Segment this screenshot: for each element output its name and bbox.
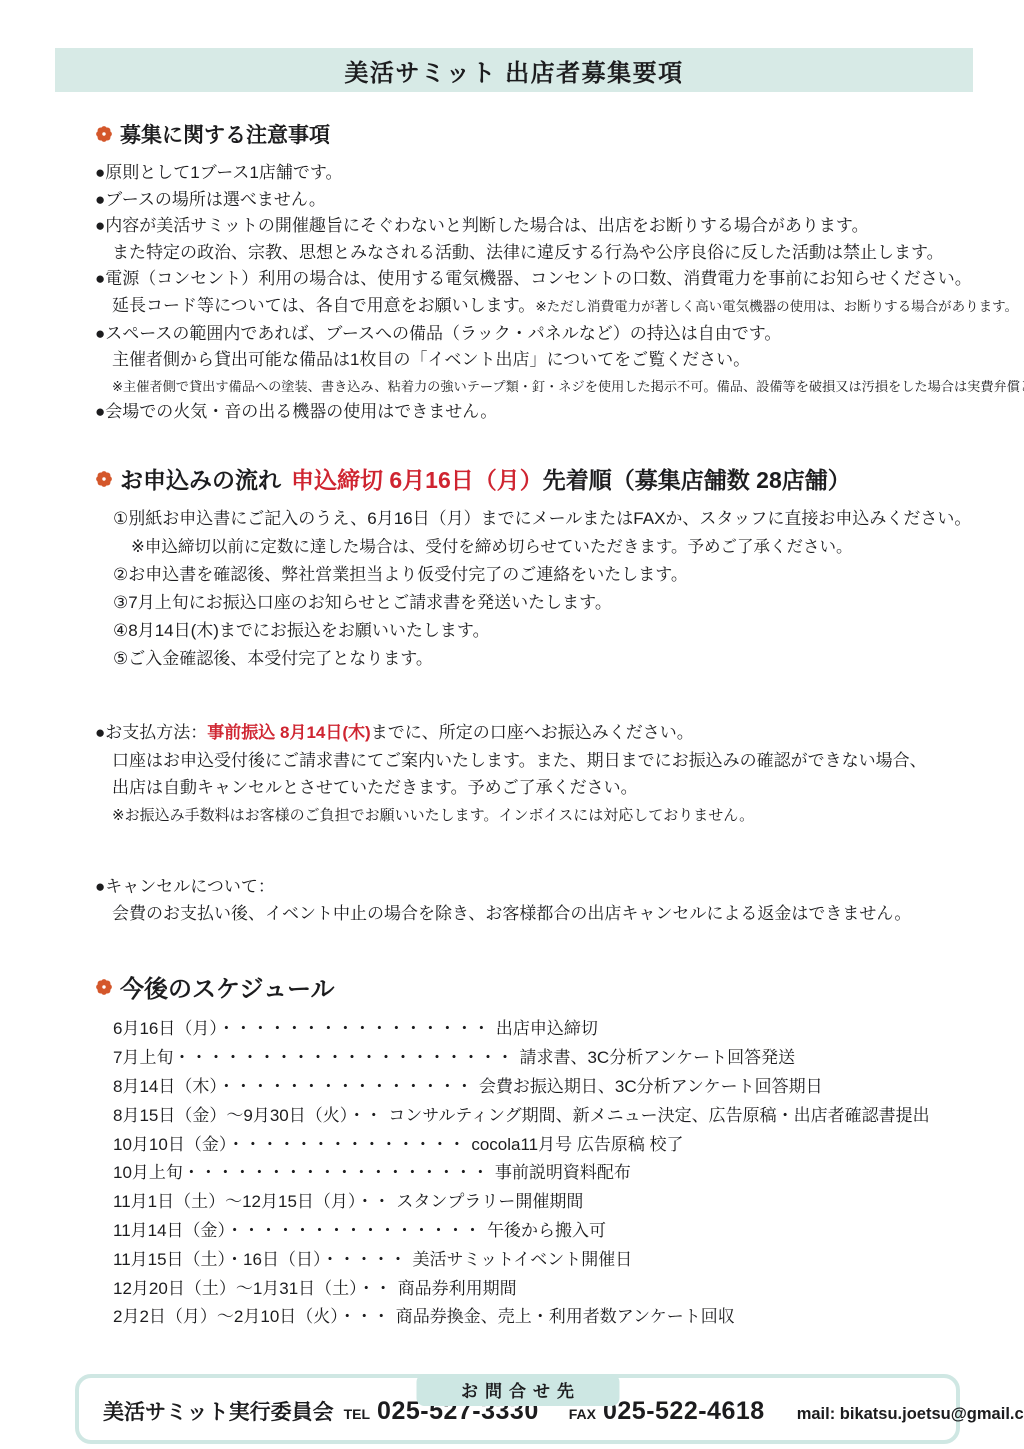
note-line: ●スペースの範囲内であれば、ブースへの備品（ラック・パネルなど）の持込は自由です… [95, 321, 984, 348]
contact-section: お問合せ先 美活サミット実行委員会 TEL 025-527-3330 FAX 0… [75, 1374, 960, 1444]
dot-leader: ・・・・・ [321, 1250, 406, 1269]
flower-icon [95, 125, 113, 143]
note-line: ●ブースの場所は選べません。 [95, 187, 984, 214]
step-line: ⑤ご入金確認後、本受付完了となります。 [113, 645, 984, 673]
schedule-row: 2月2日（月）～2月10日（火）・・・商品券換金、売上・利用者数アンケート回収 [113, 1303, 984, 1332]
schedule-date: 10月上旬 [113, 1163, 183, 1182]
schedule-date: 8月14日（木） [113, 1077, 218, 1096]
schedule-title: 今後のスケジュール [120, 969, 335, 1004]
schedule-row: 11月1日（土）～12月15日（月）・・スタンプラリー開催期間 [113, 1188, 984, 1217]
step-note: ※申込締切以前に定数に達した場合は、受付を締め切らせていただきます。予めご了承く… [113, 533, 984, 561]
schedule-desc: 出店申込締切 [496, 1019, 598, 1038]
schedule-row: 7月上旬・・・・・・・・・・・・・・・・・・・・請求書、3C分析アンケート回答発… [113, 1044, 984, 1073]
note-line-cont: 延長コード等については、各自で用意をお願いします。※ただし消費電力が著しく高い電… [95, 293, 984, 321]
fax-number: 025-522-4618 [603, 1397, 765, 1426]
dot-leader: ・・・・・・・・・・・・・・・ [218, 1077, 473, 1096]
step-line: ④8月14日(木)までにお振込をお願いいたします。 [113, 617, 984, 645]
schedule-desc: 午後から搬入可 [487, 1221, 606, 1240]
schedule-row: 8月15日（金）～9月30日（火）・・コンサルティング期間、新メニュー決定、広告… [113, 1102, 984, 1131]
apply-title: お申込みの流れ [120, 467, 281, 493]
note-line: ●原則として1ブース1店舗です。 [95, 160, 984, 187]
tel-label: TEL [344, 1406, 370, 1422]
schedule-desc: 商品券換金、売上・利用者数アンケート回収 [396, 1307, 735, 1326]
schedule-date: 7月上旬 [113, 1048, 173, 1067]
schedule-desc: 事前説明資料配布 [495, 1163, 631, 1182]
payment-tail: までに、所定の口座へお振込みください。 [371, 723, 694, 742]
schedule-row: 8月14日（木）・・・・・・・・・・・・・・・会費お振込期日、3C分析アンケート… [113, 1073, 984, 1102]
document-body: 募集に関する注意事項 ●原則として1ブース1店舗です。 ●ブースの場所は選べませ… [0, 119, 1024, 1332]
flower-icon [95, 978, 113, 996]
apply-steps: ①別紙お申込書にご記入のうえ、6月16日（月）までにメールまたはFAXか、スタッ… [113, 505, 984, 673]
schedule-row: 10月10日（金）・・・・・・・・・・・・・・cocola11月号 広告原稿 校… [113, 1131, 984, 1160]
notes-list: ●原則として1ブース1店舗です。 ●ブースの場所は選べません。 ●内容が美活サミ… [95, 160, 984, 425]
payment-line: ●お支払方法：事前振込 8月14日(木)までに、所定の口座へお振込みください。 [95, 719, 984, 746]
schedule-desc: 美活サミットイベント開催日 [412, 1250, 632, 1269]
step-line: ③7月上旬にお振込口座のお知らせとご請求書を発送いたします。 [113, 589, 984, 617]
section-title: 募集に関する注意事項 [120, 119, 330, 149]
header-band: 美活サミット 出店者募集要項 [55, 48, 973, 92]
apply-deadline: 申込締切 6月16日（月） [291, 467, 543, 493]
payment-label: ●お支払方法： [95, 723, 207, 742]
schedule-desc: コンサルティング期間、新メニュー決定、広告原稿・出店者確認書提出 [388, 1106, 929, 1125]
schedule-desc: 商品券利用期間 [398, 1279, 517, 1298]
section-heading-notes: 募集に関する注意事項 [95, 119, 984, 149]
dot-leader: ・・・・・・・・・・・・・・・・ [218, 1019, 490, 1038]
schedule-date: 2月2日（月）～2月10日（火） [113, 1307, 339, 1326]
payment-block: ●お支払方法：事前振込 8月14日(木)までに、所定の口座へお振込みください。 … [95, 719, 984, 828]
note-line: ●会場での火気・音の出る機器の使用はできません。 [95, 399, 984, 426]
note-line-cont: また特定の政治、宗教、思想とみなされる活動、法律に違反する行為や公序良俗に反した… [95, 240, 984, 267]
schedule-date: 11月15日（土）・16日（日） [113, 1250, 321, 1269]
dot-leader: ・・・ [339, 1307, 390, 1326]
section-heading-apply: お申込みの流れ申込締切 6月16日（月）先着順（募集店舗数 28店舗） [95, 462, 984, 495]
page-title: 美活サミット 出店者募集要項 [344, 53, 683, 88]
payment-line: 口座はお申込受付後にご請求書にてご案内いたします。また、期日までにお振込みの確認… [95, 747, 984, 774]
email-address: mail: bikatsu.joetsu@gmail.com [797, 1405, 1024, 1424]
schedule-row: 11月15日（土）・16日（日）・・・・・美活サミットイベント開催日 [113, 1246, 984, 1275]
schedule-date: 11月14日（金） [113, 1221, 226, 1240]
note-line-cont: 主催者側から貸出可能な備品は1枚目の「イベント出店」についてをご覧ください。 [95, 347, 984, 374]
dot-leader: ・・・・・・・・・・・・・・・・・・ [183, 1163, 489, 1182]
payment-line: 出店は自動キャンセルとさせていただきます。予めご了承ください。 [95, 774, 984, 801]
cancel-line: ●キャンセルについて： [95, 873, 984, 900]
dot-leader: ・・ [358, 1279, 392, 1298]
schedule-date: 11月1日（土）～12月15日（月） [113, 1192, 356, 1211]
dot-leader: ・・・・・・・・・・・・・・ [227, 1135, 465, 1154]
organization-name: 美活サミット実行委員会 [103, 1396, 334, 1426]
schedule-date: 12月20日（土）～1月31日（土） [113, 1279, 358, 1298]
schedule-date: 10月10日（金） [113, 1135, 227, 1154]
schedule-row: 11月14日（金）・・・・・・・・・・・・・・・午後から搬入可 [113, 1217, 984, 1246]
dot-leader: ・・・・・・・・・・・・・・・ [226, 1221, 481, 1240]
schedule-desc: 会費お振込期日、3C分析アンケート回答期日 [479, 1077, 823, 1096]
contact-badge: お問合せ先 [416, 1374, 619, 1406]
cancel-block: ●キャンセルについて： 会費のお支払い後、イベント中止の場合を除き、お客様都合の… [95, 873, 984, 928]
payment-note: ※お振込み手数料はお客様のご負担でお願いいたします。インボイスには対応しておりま… [95, 802, 984, 829]
note-text: 延長コード等については、各自で用意をお願いします。 [112, 296, 535, 315]
schedule-row: 6月16日（月）・・・・・・・・・・・・・・・・出店申込締切 [113, 1015, 984, 1044]
section-title-group: お申込みの流れ申込締切 6月16日（月）先着順（募集店舗数 28店舗） [120, 462, 851, 495]
dot-leader: ・・ [348, 1106, 382, 1125]
schedule-desc: 請求書、3C分析アンケート回答発送 [519, 1048, 795, 1067]
note-line: ●電源（コンセント）利用の場合は、使用する電気機器、コンセントの口数、消費電力を… [95, 266, 984, 293]
flower-icon [95, 470, 113, 488]
document-page: 美活サミット 出店者募集要項 募集に関する注意事項 ●原則として1ブース1店舗で… [0, 0, 1024, 1449]
schedule-date: 8月15日（金）～9月30日（火） [113, 1106, 348, 1125]
step-line: ①別紙お申込書にご記入のうえ、6月16日（月）までにメールまたはFAXか、スタッ… [113, 505, 984, 533]
payment-highlight: 事前振込 8月14日(木) [207, 723, 370, 742]
schedule-row: 10月上旬・・・・・・・・・・・・・・・・・・事前説明資料配布 [113, 1159, 984, 1188]
schedule-list: 6月16日（月）・・・・・・・・・・・・・・・・出店申込締切 7月上旬・・・・・… [113, 1015, 984, 1332]
note-line: ●内容が美活サミットの開催趣旨にそぐわないと判断した場合は、出店をお断りする場合… [95, 213, 984, 240]
fax-label: FAX [569, 1406, 596, 1422]
dot-leader: ・・ [356, 1192, 390, 1211]
step-line: ②お申込書を確認後、弊社営業担当より仮受付完了のご連絡をいたします。 [113, 561, 984, 589]
note-small-caution: ※主催者側で貸出す備品への塗装、書き込み、粘着力の強いテープ類・釘・ネジを使用し… [95, 374, 984, 399]
section-heading-schedule: 今後のスケジュール [95, 969, 984, 1004]
schedule-desc: スタンプラリー開催期間 [396, 1192, 583, 1211]
dot-leader: ・・・・・・・・・・・・・・・・・・・・ [173, 1048, 513, 1067]
cancel-line: 会費のお支払い後、イベント中止の場合を除き、お客様都合の出店キャンセルによる返金… [95, 900, 984, 927]
note-inline-caution: ※ただし消費電力が著しく高い電気機器の使用は、お断りする場合があります。 [535, 299, 1018, 314]
schedule-desc: cocola11月号 広告原稿 校了 [471, 1135, 683, 1154]
apply-title-tail: 先着順（募集店舗数 28店舗） [543, 467, 851, 493]
schedule-date: 6月16日（月） [113, 1019, 218, 1038]
schedule-row: 12月20日（土）～1月31日（土）・・商品券利用期間 [113, 1275, 984, 1304]
